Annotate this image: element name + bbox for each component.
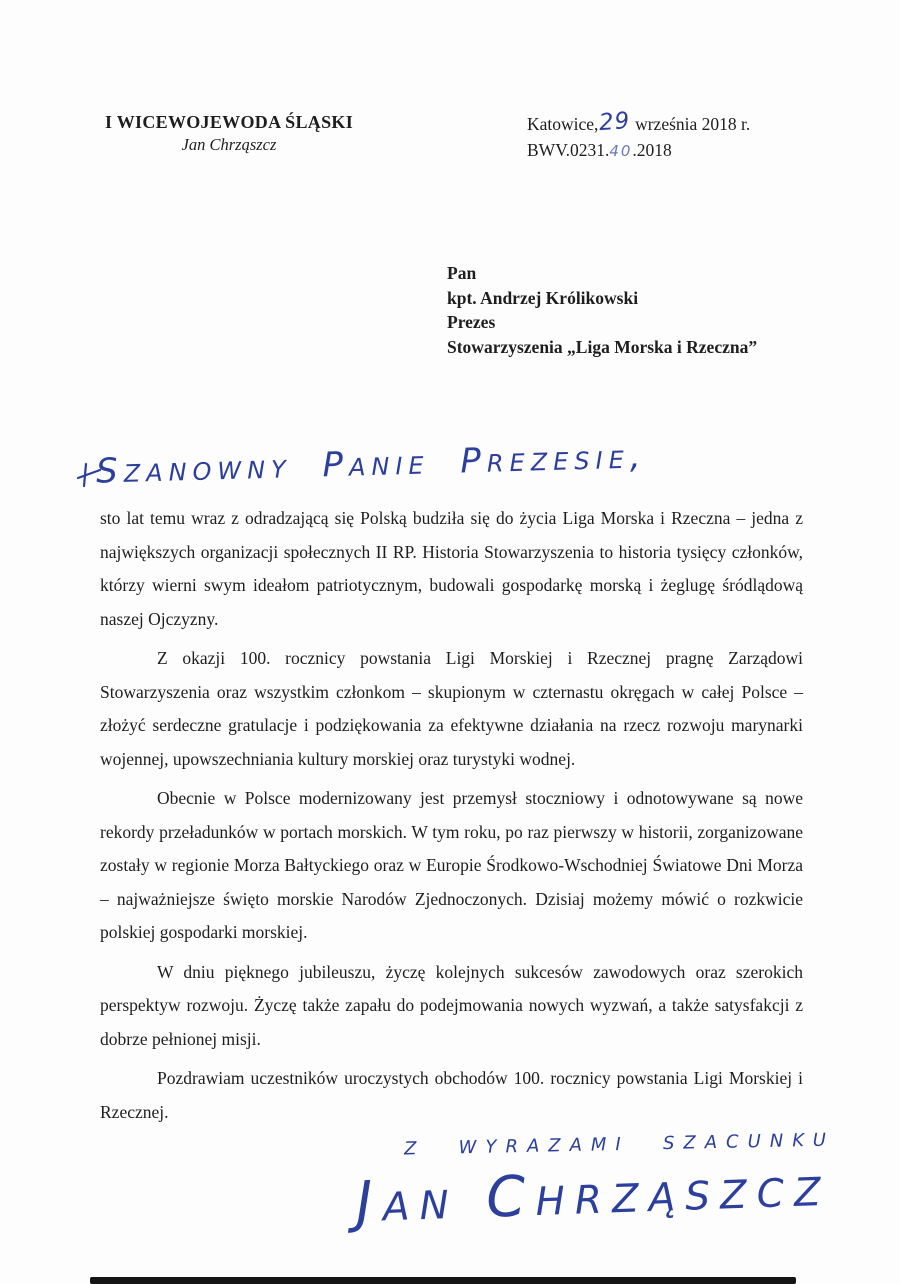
- body-paragraph-3: Obecnie w Polsce modernizowany jest prze…: [100, 782, 803, 950]
- body-paragraph-5: Pozdrawiam uczestników uroczystych obcho…: [100, 1062, 803, 1129]
- letter-body: sto lat temu wraz z odradzającą się Pols…: [100, 502, 803, 1135]
- recipient-line-name: kpt. Andrzej Królikowski: [447, 286, 757, 311]
- body-paragraph-2: Z okazji 100. rocznicy powstania Ligi Mo…: [100, 642, 803, 776]
- letter-page: I WICEWOJEWODA ŚLĄSKI Jan Chrząszcz Kato…: [0, 0, 900, 1284]
- handwritten-reference-number: 40: [609, 142, 632, 160]
- reference-number-line: BWV.0231.40.2018: [527, 137, 750, 164]
- recipient-line-salutation: Pan: [447, 261, 757, 286]
- office-holder-name: Jan Chrząszcz: [98, 135, 360, 155]
- recipient-block: Pan kpt. Andrzej Królikowski Prezes Stow…: [447, 261, 757, 359]
- recipient-line-organization: Stowarzyszenia „Liga Morska i Rzeczna”: [447, 335, 757, 360]
- reference-prefix: BWV.0231.: [527, 140, 609, 160]
- scan-artifact-bar: [90, 1277, 796, 1284]
- letterhead-office-block: I WICEWOJEWODA ŚLĄSKI Jan Chrząszcz: [98, 112, 360, 155]
- date-reference-block: Katowice,29 września 2018 r. BWV.0231.40…: [527, 110, 750, 164]
- handwritten-salutation: Szanowny Panie Prezesie,: [96, 436, 647, 491]
- handwritten-day-number: 29: [599, 108, 632, 136]
- place-date-suffix: września 2018 r.: [635, 114, 750, 134]
- place-date-line: Katowice,29 września 2018 r.: [527, 110, 750, 137]
- recipient-line-role: Prezes: [447, 310, 757, 335]
- place-date-prefix: Katowice,: [527, 114, 598, 134]
- body-paragraph-4: W dniu pięknego jubileuszu, życzę kolejn…: [100, 956, 803, 1057]
- handwritten-signature: Jan Chrząszcz: [355, 1154, 831, 1236]
- body-paragraph-1: sto lat temu wraz z odradzającą się Pols…: [100, 502, 803, 636]
- office-title: I WICEWOJEWODA ŚLĄSKI: [98, 112, 360, 133]
- reference-suffix: .2018: [632, 140, 671, 160]
